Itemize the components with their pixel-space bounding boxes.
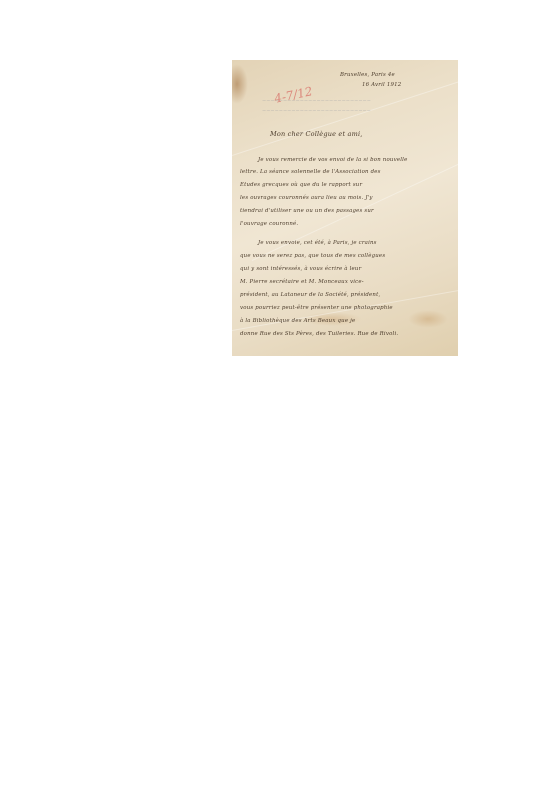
letter-date: 16 Avril 1912 <box>362 82 401 88</box>
letter-line: à la Bibliothèque des Arts Beaux que je <box>240 318 355 324</box>
letter-line: M. Pierre secrétaire et M. Monceaux vice… <box>240 279 364 285</box>
letter-line: vous pourriez peut-être présenter une ph… <box>240 305 393 311</box>
letter-line: Je vous envoie, cet été, à Paris, je cra… <box>258 240 377 246</box>
letter-line: lettre. La séance solennelle de l'Associ… <box>240 169 381 175</box>
letter-line: que vous ne serez pas, que tous de mes c… <box>240 253 385 259</box>
salutation: Mon cher Collègue et ami, <box>270 130 363 138</box>
letter-line: Je vous remercie de vos envoi de la si b… <box>258 157 407 163</box>
letter-page: Bruxelles, Paris 4e 16 Avril 1912 4-7/12… <box>232 60 458 356</box>
letter-line: l'ouvrage couronné. <box>240 221 298 227</box>
fold-crease <box>232 81 458 156</box>
letter-line: tiendrai d'utiliser une ou un des passag… <box>240 208 374 214</box>
bleed-through-text: ~~~~~~~~~~~~~~~~~~~~~~~~~~ <box>262 98 371 104</box>
letter-line: président, au Lataneur de la Société, pr… <box>240 292 380 298</box>
letter-line: donne Rue des Sts Pères, des Tuileries. … <box>240 331 398 337</box>
stain <box>232 64 248 104</box>
letter-line: les ouvrages couronnés aura lieu au mois… <box>240 195 373 201</box>
letter-line: Etudes grecques où que du le rapport sur <box>240 182 362 188</box>
bleed-through-text: ~~~~~~~~~~~~~~~~~~~~~~~~~~ <box>262 108 371 114</box>
letter-place: Bruxelles, Paris 4e <box>340 72 395 78</box>
letter-line: qui y sont intéressés, à vous écrire à l… <box>240 266 361 272</box>
stain <box>408 310 448 328</box>
